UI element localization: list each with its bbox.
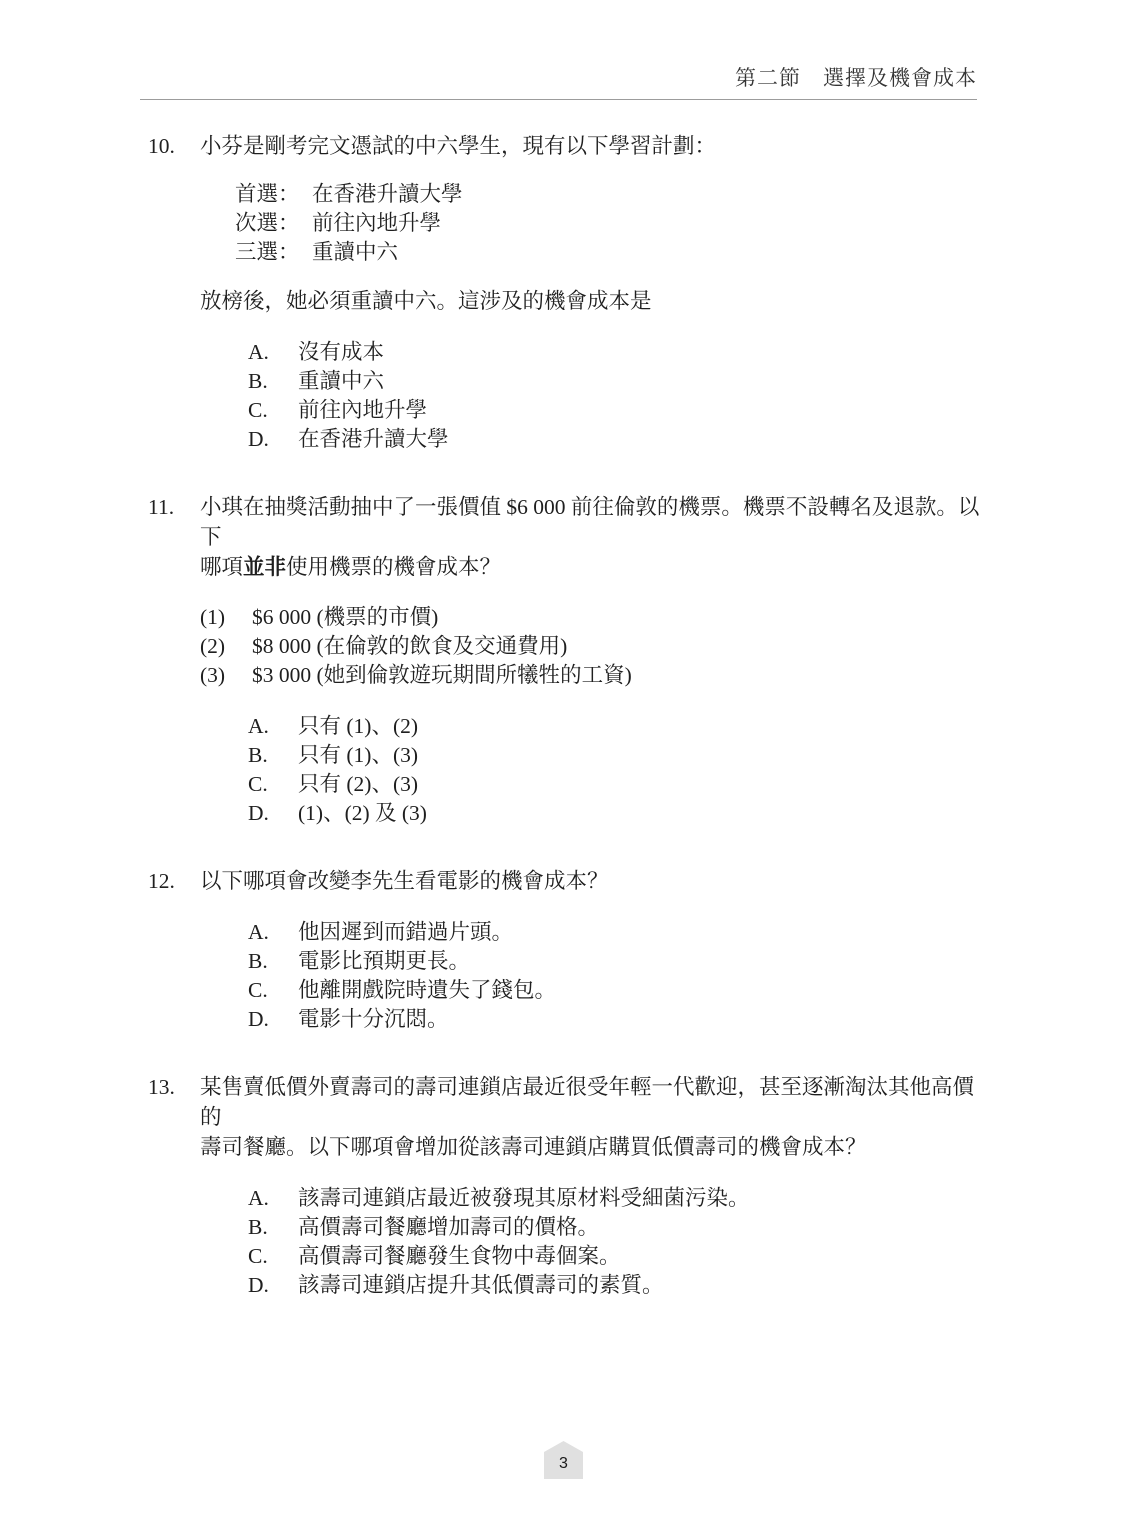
- option-text: 只有 (1)、(3): [298, 741, 418, 770]
- option-letter: D.: [248, 425, 298, 454]
- question-intro-line1: 小琪在抽獎活動抽中了一張價值 $6 000 前往倫敦的機票。機票不設轉名及退款。…: [200, 492, 993, 552]
- option-letter: A.: [248, 918, 298, 947]
- question-intro: 以下哪項會改變李先生看電影的機會成本？: [200, 866, 993, 896]
- plan-row: 次選： 前往內地升學: [235, 209, 993, 238]
- page-number-badge: 3: [544, 1441, 583, 1479]
- option-text: 該壽司連鎖店提升其低價壽司的素質。: [298, 1271, 664, 1300]
- option-letter: B.: [248, 947, 298, 976]
- intro-text: 哪項: [200, 555, 243, 579]
- option-letter: B.: [248, 741, 298, 770]
- option-text: 前往內地升學: [298, 396, 427, 425]
- option-text: 他離開戲院時遺失了錢包。: [298, 976, 556, 1005]
- question-number: 13.: [148, 1072, 200, 1102]
- option-letter: A.: [248, 1184, 298, 1213]
- running-header: 第二節 選擇及機會成本: [140, 62, 977, 100]
- option-letter: C.: [248, 1242, 298, 1271]
- section-title: 第二節 選擇及機會成本: [735, 66, 977, 90]
- option-a: A. 沒有成本: [248, 338, 993, 367]
- question-intro-line2: 壽司餐廳。以下哪項會增加從該壽司連鎖店購買低價壽司的機會成本？: [200, 1132, 993, 1162]
- option-a: A. 該壽司連鎖店最近被發現其原材料受細菌污染。: [248, 1184, 993, 1213]
- question-body: 某售賣低價外賣壽司的壽司連鎖店最近很受年輕一代歡迎，甚至逐漸淘汰其他高價的 壽司…: [200, 1072, 993, 1300]
- question-11: 11. 小琪在抽獎活動抽中了一張價值 $6 000 前往倫敦的機票。機票不設轉名…: [148, 492, 993, 828]
- options-list: A. 只有 (1)、(2) B. 只有 (1)、(3) C. 只有 (2)、(3…: [248, 712, 993, 828]
- item-text: $6 000 (機票的市價): [252, 603, 438, 632]
- option-text: 高價壽司餐廳發生食物中毒個案。: [298, 1242, 621, 1271]
- option-letter: D.: [248, 1271, 298, 1300]
- intro-text: 使用機票的機會成本？: [286, 555, 501, 579]
- intro-bold-text: 並非: [243, 555, 286, 579]
- plan-label: 三選：: [235, 238, 312, 267]
- item-2: (2) $8 000 (在倫敦的飲食及交通費用): [200, 632, 993, 661]
- study-plan-list: 首選： 在香港升讀大學 次選： 前往內地升學 三選： 重讀中六: [235, 180, 993, 267]
- question-intro-line1: 某售賣低價外賣壽司的壽司連鎖店最近很受年輕一代歡迎，甚至逐漸淘汰其他高價的: [200, 1072, 993, 1132]
- option-text: 只有 (1)、(2): [298, 712, 418, 741]
- option-text: 高價壽司餐廳增加壽司的價格。: [298, 1213, 599, 1242]
- option-c: C. 前往內地升學: [248, 396, 993, 425]
- numbered-items-list: (1) $6 000 (機票的市價) (2) $8 000 (在倫敦的飲食及交通…: [200, 603, 993, 690]
- question-13: 13. 某售賣低價外賣壽司的壽司連鎖店最近很受年輕一代歡迎，甚至逐漸淘汰其他高價…: [148, 1072, 993, 1300]
- page-number: 3: [559, 1455, 568, 1473]
- option-b: B. 重讀中六: [248, 367, 993, 396]
- item-text: $3 000 (她到倫敦遊玩期間所犧牲的工資): [252, 661, 632, 690]
- questions-content: 10. 小芬是剛考完文憑試的中六學生，現有以下學習計劃： 首選： 在香港升讀大學…: [148, 131, 993, 1300]
- question-stem: 放榜後，她必須重讀中六。這涉及的機會成本是: [200, 286, 993, 316]
- plan-label: 次選：: [235, 209, 312, 238]
- option-text: (1)、(2) 及 (3): [298, 799, 427, 828]
- options-list: A. 該壽司連鎖店最近被發現其原材料受細菌污染。 B. 高價壽司餐廳增加壽司的價…: [248, 1184, 993, 1300]
- question-intro-line2: 哪項並非使用機票的機會成本？: [200, 552, 993, 582]
- question-number: 12.: [148, 866, 200, 896]
- option-c: C. 只有 (2)、(3): [248, 770, 993, 799]
- option-text: 在香港升讀大學: [298, 425, 449, 454]
- option-d: D. 在香港升讀大學: [248, 425, 993, 454]
- option-a: A. 他因遲到而錯過片頭。: [248, 918, 993, 947]
- option-letter: C.: [248, 770, 298, 799]
- option-text: 沒有成本: [298, 338, 384, 367]
- question-body: 小芬是剛考完文憑試的中六學生，現有以下學習計劃： 首選： 在香港升讀大學 次選：…: [200, 131, 993, 454]
- option-letter: C.: [248, 396, 298, 425]
- item-3: (3) $3 000 (她到倫敦遊玩期間所犧牲的工資): [200, 661, 993, 690]
- options-list: A. 他因遲到而錯過片頭。 B. 電影比預期更長。 C. 他離開戲院時遺失了錢包…: [248, 918, 993, 1034]
- option-d: D. 該壽司連鎖店提升其低價壽司的素質。: [248, 1271, 993, 1300]
- option-a: A. 只有 (1)、(2): [248, 712, 993, 741]
- item-text: $8 000 (在倫敦的飲食及交通費用): [252, 632, 567, 661]
- plan-value: 在香港升讀大學: [312, 180, 463, 209]
- item-label: (1): [200, 603, 252, 632]
- item-label: (2): [200, 632, 252, 661]
- question-number: 10.: [148, 131, 200, 161]
- option-letter: A.: [248, 338, 298, 367]
- question-12: 12. 以下哪項會改變李先生看電影的機會成本？ A. 他因遲到而錯過片頭。 B.…: [148, 866, 993, 1034]
- option-letter: A.: [248, 712, 298, 741]
- item-label: (3): [200, 661, 252, 690]
- option-letter: C.: [248, 976, 298, 1005]
- option-letter: D.: [248, 1005, 298, 1034]
- question-body: 小琪在抽獎活動抽中了一張價值 $6 000 前往倫敦的機票。機票不設轉名及退款。…: [200, 492, 993, 828]
- options-list: A. 沒有成本 B. 重讀中六 C. 前往內地升學 D. 在香港升讀大學: [248, 338, 993, 454]
- option-d: D. (1)、(2) 及 (3): [248, 799, 993, 828]
- question-intro: 小芬是剛考完文憑試的中六學生，現有以下學習計劃：: [200, 131, 993, 161]
- plan-value: 前往內地升學: [312, 209, 441, 238]
- plan-row: 首選： 在香港升讀大學: [235, 180, 993, 209]
- option-letter: B.: [248, 367, 298, 396]
- option-b: B. 電影比預期更長。: [248, 947, 993, 976]
- option-letter: D.: [248, 799, 298, 828]
- item-1: (1) $6 000 (機票的市價): [200, 603, 993, 632]
- option-text: 他因遲到而錯過片頭。: [298, 918, 513, 947]
- option-letter: B.: [248, 1213, 298, 1242]
- exam-page: 第二節 選擇及機會成本 10. 小芬是剛考完文憑試的中六學生，現有以下學習計劃：…: [0, 0, 1125, 1538]
- question-number: 11.: [148, 492, 200, 522]
- question-body: 以下哪項會改變李先生看電影的機會成本？ A. 他因遲到而錯過片頭。 B. 電影比…: [200, 866, 993, 1034]
- option-text: 重讀中六: [298, 367, 384, 396]
- option-d: D. 電影十分沉悶。: [248, 1005, 993, 1034]
- option-text: 電影比預期更長。: [298, 947, 470, 976]
- option-b: B. 高價壽司餐廳增加壽司的價格。: [248, 1213, 993, 1242]
- option-b: B. 只有 (1)、(3): [248, 741, 993, 770]
- plan-row: 三選： 重讀中六: [235, 238, 993, 267]
- plan-value: 重讀中六: [312, 238, 398, 267]
- option-text: 電影十分沉悶。: [298, 1005, 449, 1034]
- option-c: C. 他離開戲院時遺失了錢包。: [248, 976, 993, 1005]
- option-text: 只有 (2)、(3): [298, 770, 418, 799]
- plan-label: 首選：: [235, 180, 312, 209]
- question-10: 10. 小芬是剛考完文憑試的中六學生，現有以下學習計劃： 首選： 在香港升讀大學…: [148, 131, 993, 454]
- option-c: C. 高價壽司餐廳發生食物中毒個案。: [248, 1242, 993, 1271]
- option-text: 該壽司連鎖店最近被發現其原材料受細菌污染。: [298, 1184, 750, 1213]
